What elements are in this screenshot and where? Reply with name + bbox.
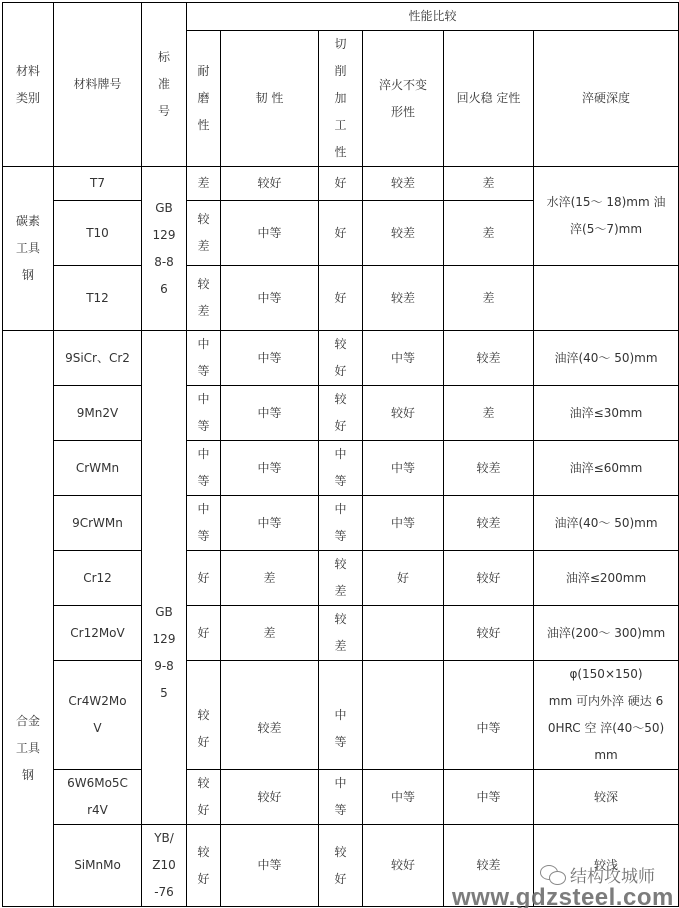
standard-cell: YB/ Z10 -76 xyxy=(142,825,187,907)
hardening-depth-cell: 油淬≤200mm xyxy=(534,551,679,606)
temper-stability-cell: 较好 xyxy=(444,551,534,606)
toughness-cell: 中等 xyxy=(221,496,319,551)
machinability-cell: 中 等 xyxy=(319,770,363,825)
header-grade: 材料牌号 xyxy=(54,3,142,167)
machinability-cell: 好 xyxy=(319,201,363,266)
table-row: SiMnMo YB/ Z10 -76 较 好 中等 较 好 较好 较差 较浅 xyxy=(3,825,679,907)
table-row: Cr4W2Mo V 较 好 较差 中 等 中等 φ(150×150) mm 可内… xyxy=(3,661,679,770)
temper-stability-cell: 差 xyxy=(444,167,534,201)
category-cell: 碳素 工具 钢 xyxy=(3,167,54,331)
hardening-depth-cell: 油淬(40～ 50)mm xyxy=(534,331,679,386)
toughness-cell: 差 xyxy=(221,551,319,606)
wear-cell: 较 差 xyxy=(187,201,221,266)
category-cell: 合金 工具 钢 xyxy=(3,331,54,907)
tool-steel-comparison-table: 材料 类别 材料牌号 标 准 号 性能比较 耐 磨 性 韧 性 切 削 加 工 … xyxy=(2,2,679,907)
table-row: 6W6Mo5C r4V 较 好 较好 中 等 中等 中等 较深 xyxy=(3,770,679,825)
hardening-depth-cell: 油淬(200～ 300)mm xyxy=(534,606,679,661)
grade-cell: T12 xyxy=(54,266,142,331)
temper-stability-cell: 较差 xyxy=(444,496,534,551)
machinability-cell: 较 差 xyxy=(319,551,363,606)
table-row: 碳素 工具 钢 T7 GB 129 8-8 6 差 较好 好 较差 差 水淬(1… xyxy=(3,167,679,201)
machinability-cell: 较 差 xyxy=(319,606,363,661)
grade-cell: CrWMn xyxy=(54,441,142,496)
temper-stability-cell: 中等 xyxy=(444,661,534,770)
temper-stability-cell: 较差 xyxy=(444,825,534,907)
wear-cell: 差 xyxy=(187,167,221,201)
header-temper-stability: 回火稳 定性 xyxy=(444,31,534,167)
machinability-cell: 较 好 xyxy=(319,331,363,386)
header-machinability: 切 削 加 工 性 xyxy=(319,31,363,167)
table-row: 合金 工具 钢 9SiCr、Cr2 GB 129 9-8 5 中 等 中等 较 … xyxy=(3,331,679,386)
wear-cell: 中 等 xyxy=(187,386,221,441)
toughness-cell: 差 xyxy=(221,606,319,661)
distortion-cell: 好 xyxy=(363,551,444,606)
distortion-cell: 中等 xyxy=(363,331,444,386)
toughness-cell: 中等 xyxy=(221,386,319,441)
toughness-cell: 中等 xyxy=(221,825,319,907)
distortion-cell: 较差 xyxy=(363,266,444,331)
header-hardening-depth: 淬硬深度 xyxy=(534,31,679,167)
header-wear: 耐 磨 性 xyxy=(187,31,221,167)
wear-cell: 较 差 xyxy=(187,266,221,331)
distortion-cell: 中等 xyxy=(363,441,444,496)
grade-cell: Cr12 xyxy=(54,551,142,606)
toughness-cell: 中等 xyxy=(221,441,319,496)
wear-cell: 中 等 xyxy=(187,496,221,551)
grade-cell: 9SiCr、Cr2 xyxy=(54,331,142,386)
toughness-cell: 较好 xyxy=(221,770,319,825)
machinability-cell: 中 等 xyxy=(319,496,363,551)
toughness-cell: 中等 xyxy=(221,331,319,386)
wear-cell: 较 好 xyxy=(187,661,221,770)
hardening-depth-cell: 油淬(40～ 50)mm xyxy=(534,496,679,551)
header-toughness: 韧 性 xyxy=(221,31,319,167)
temper-stability-cell: 差 xyxy=(444,266,534,331)
grade-cell: T7 xyxy=(54,167,142,201)
toughness-cell: 中等 xyxy=(221,266,319,331)
table-row: 9CrWMn 中 等 中等 中 等 中等 较差 油淬(40～ 50)mm xyxy=(3,496,679,551)
wear-cell: 中 等 xyxy=(187,331,221,386)
header-performance-group: 性能比较 xyxy=(187,3,679,31)
table-row: T12 较 差 中等 好 较差 差 xyxy=(3,266,679,331)
hardening-depth-cell: 水淬(15～ 18)mm 油 淬(5～7)mm xyxy=(534,167,679,266)
hardening-depth-cell: φ(150×150) mm 可内外淬 硬达 6 0HRC 空 淬(40～50) … xyxy=(534,661,679,770)
table-row: CrWMn 中 等 中等 中 等 中等 较差 油淬≤60mm xyxy=(3,441,679,496)
table-row: 9Mn2V 中 等 中等 较 好 较好 差 油淬≤30mm xyxy=(3,386,679,441)
table-row: Cr12MoV 好 差 较 差 较好 油淬(200～ 300)mm xyxy=(3,606,679,661)
hardening-depth-cell xyxy=(534,266,679,331)
wear-cell: 较 好 xyxy=(187,825,221,907)
machinability-cell: 中 等 xyxy=(319,661,363,770)
distortion-cell xyxy=(363,606,444,661)
machinability-cell: 较 好 xyxy=(319,386,363,441)
hardening-depth-cell: 较浅 xyxy=(534,825,679,907)
temper-stability-cell: 较好 xyxy=(444,606,534,661)
temper-stability-cell: 较差 xyxy=(444,441,534,496)
toughness-cell: 较差 xyxy=(221,661,319,770)
header-category: 材料 类别 xyxy=(3,3,54,167)
header-standard: 标 准 号 xyxy=(142,3,187,167)
machinability-cell: 中 等 xyxy=(319,441,363,496)
table-row: Cr12 好 差 较 差 好 较好 油淬≤200mm xyxy=(3,551,679,606)
machinability-cell: 较 好 xyxy=(319,825,363,907)
standard-cell: GB 129 9-8 5 xyxy=(142,331,187,825)
temper-stability-cell: 差 xyxy=(444,386,534,441)
grade-cell: 9CrWMn xyxy=(54,496,142,551)
temper-stability-cell: 较差 xyxy=(444,331,534,386)
hardening-depth-cell: 较深 xyxy=(534,770,679,825)
temper-stability-cell: 中等 xyxy=(444,770,534,825)
distortion-cell: 较好 xyxy=(363,386,444,441)
temper-stability-cell: 差 xyxy=(444,201,534,266)
grade-cell: 9Mn2V xyxy=(54,386,142,441)
wear-cell: 好 xyxy=(187,606,221,661)
wear-cell: 中 等 xyxy=(187,441,221,496)
machinability-cell: 好 xyxy=(319,167,363,201)
header-distortion: 淬火不变 形性 xyxy=(363,31,444,167)
grade-cell: Cr4W2Mo V xyxy=(54,661,142,770)
grade-cell: Cr12MoV xyxy=(54,606,142,661)
hardening-depth-cell: 油淬≤30mm xyxy=(534,386,679,441)
machinability-cell: 好 xyxy=(319,266,363,331)
standard-cell: GB 129 8-8 6 xyxy=(142,167,187,331)
distortion-cell: 中等 xyxy=(363,770,444,825)
distortion-cell: 较好 xyxy=(363,825,444,907)
distortion-cell: 中等 xyxy=(363,496,444,551)
grade-cell: T10 xyxy=(54,201,142,266)
wear-cell: 较 好 xyxy=(187,770,221,825)
grade-cell: 6W6Mo5C r4V xyxy=(54,770,142,825)
header-row-1: 材料 类别 材料牌号 标 准 号 性能比较 xyxy=(3,3,679,31)
grade-cell: SiMnMo xyxy=(54,825,142,907)
distortion-cell: 较差 xyxy=(363,201,444,266)
toughness-cell: 中等 xyxy=(221,201,319,266)
wear-cell: 好 xyxy=(187,551,221,606)
hardening-depth-cell: 油淬≤60mm xyxy=(534,441,679,496)
distortion-cell: 较差 xyxy=(363,167,444,201)
distortion-cell xyxy=(363,661,444,770)
toughness-cell: 较好 xyxy=(221,167,319,201)
